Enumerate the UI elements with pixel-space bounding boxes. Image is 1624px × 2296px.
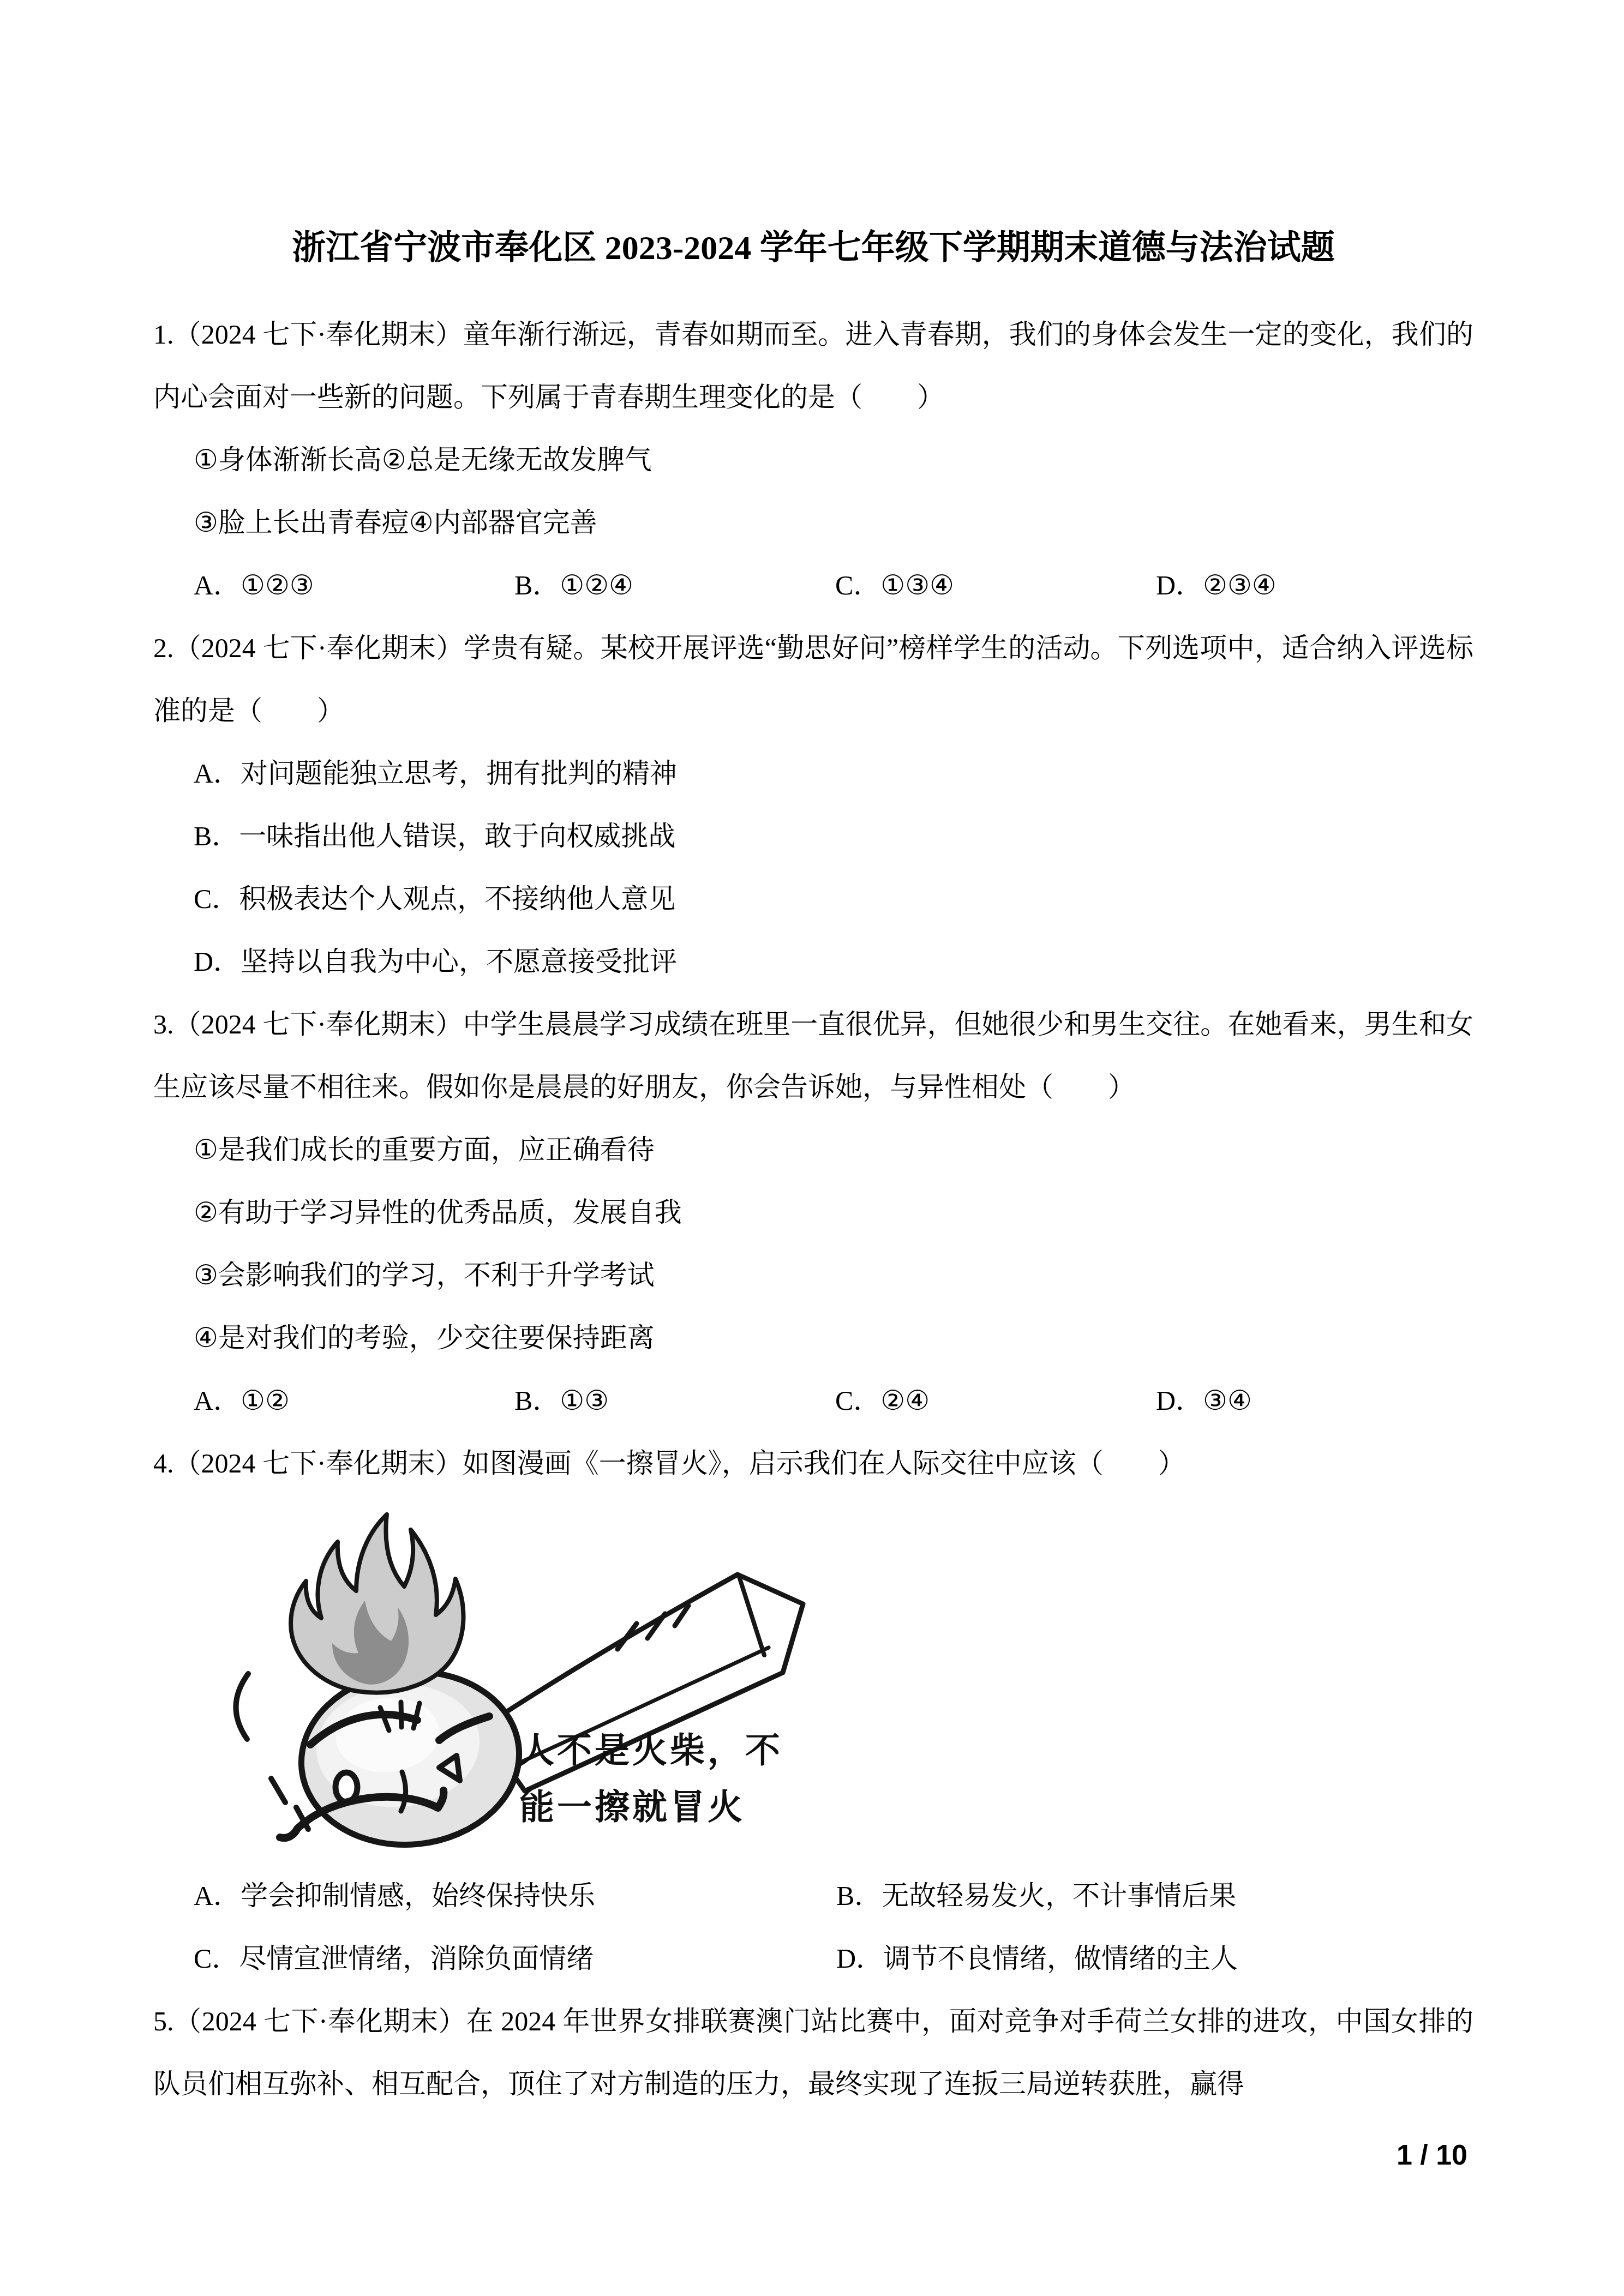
question-1-option-a: A．①②③ <box>194 554 514 617</box>
option-label: B． <box>514 570 560 600</box>
question-3-item-1: ①是我们成长的重要方面，应正确看待 <box>153 1119 1473 1181</box>
question-2-stem: 2.（2024 七下·奉化期末）学贵有疑。某校开展评选“勤思好问”榜样学生的活动… <box>153 617 1473 742</box>
option-label: C． <box>835 1385 880 1416</box>
question-1-option-b: B．①②④ <box>514 554 835 617</box>
question-1-item-1: ①身体渐渐长高②总是无缘无故发脾气 <box>153 429 1473 491</box>
question-4-option-d: D．调节不良情绪，做情绪的主人 <box>836 1927 1238 1990</box>
question-1-options-row: A．①②③ B．①②④ C．①③④ D．②③④ <box>153 554 1473 617</box>
question-3-stem: 3.（2024 七下·奉化期末）中学生晨晨学习成绩在班里一直很优异，但她很少和男… <box>153 993 1473 1119</box>
option-label: D． <box>836 1943 883 1974</box>
question-2-option-a: A．对问题能独立思考，拥有批判的精神 <box>153 742 1473 805</box>
speed-dashes <box>618 1606 688 1649</box>
option-label: A． <box>194 1385 241 1416</box>
option-text: 一味指出他人错误，敢于向权威挑战 <box>239 821 675 851</box>
option-text: ③④ <box>1203 1385 1252 1416</box>
question-5-stem: 5.（2024 七下·奉化期末）在 2024 年世界女排联赛澳门站比赛中，面对竞… <box>153 1990 1473 2115</box>
question-4: 4.（2024 七下·奉化期末）如图漫画《一擦冒火》，启示我们在人际交往中应该（… <box>153 1432 1473 1990</box>
question-3-option-b: B．①③ <box>514 1369 835 1432</box>
question-4-stem: 4.（2024 七下·奉化期末）如图漫画《一擦冒火》，启示我们在人际交往中应该（… <box>153 1432 1473 1495</box>
question-1-option-c: C．①③④ <box>835 554 1156 617</box>
question-4-options-row-1: A．学会抑制情感，始终保持快乐 B．无故轻易发火，不计事情后果 <box>153 1865 1473 1927</box>
question-4-option-b: B．无故轻易发火，不计事情后果 <box>836 1865 1236 1927</box>
option-text: 坚持以自我为中心，不愿意接受批评 <box>241 946 677 977</box>
question-3-item-3: ③会影响我们的学习，不利于升学考试 <box>153 1244 1473 1307</box>
option-text: ②③④ <box>1203 570 1276 600</box>
option-text: 无故轻易发火，不计事情后果 <box>882 1880 1236 1911</box>
option-text: 对问题能独立思考，拥有批判的精神 <box>241 758 677 789</box>
option-text: ①②④ <box>560 570 633 600</box>
question-4-option-a: A．学会抑制情感，始终保持快乐 <box>194 1865 836 1927</box>
option-text: 积极表达个人观点，不接纳他人意见 <box>239 883 675 914</box>
page-number: 1 / 10 <box>1397 2139 1467 2172</box>
comic-illustration: 人不是火柴，不 能一擦就冒火 <box>184 1510 920 1848</box>
option-label: B． <box>194 821 239 851</box>
option-text: ②④ <box>880 1385 930 1416</box>
question-3: 3.（2024 七下·奉化期末）中学生晨晨学习成绩在班里一直很优异，但她很少和男… <box>153 993 1473 1432</box>
option-label: D． <box>1156 570 1203 600</box>
option-label: D． <box>194 946 241 977</box>
question-2-option-c: C．积极表达个人观点，不接纳他人意见 <box>153 868 1473 930</box>
flame <box>291 1514 464 1693</box>
comic-figure: 人不是火柴，不 能一擦就冒火 <box>153 1495 1473 1865</box>
page-title: 浙江省宁波市奉化区 2023-2024 学年七年级下学期期末道德与法治试题 <box>153 224 1473 273</box>
question-1: 1.（2024 七下·奉化期末）童年渐行渐远，青春如期而至。进入青春期，我们的身… <box>153 303 1473 617</box>
option-label: C． <box>194 883 239 914</box>
option-label: C． <box>835 570 880 600</box>
option-label: A． <box>194 570 241 600</box>
question-3-option-a: A．①② <box>194 1369 514 1432</box>
option-label: A． <box>194 1880 241 1911</box>
question-3-option-d: D．③④ <box>1156 1369 1252 1432</box>
question-1-item-2: ③脸上长出青春痘④内部器官完善 <box>153 491 1473 554</box>
option-label: B． <box>514 1385 560 1416</box>
matchstick-end-edge <box>739 1577 764 1655</box>
option-label: A． <box>194 758 241 789</box>
question-3-option-c: C．②④ <box>835 1369 1156 1432</box>
question-3-item-2: ②有助于学习异性的优秀品质，发展自我 <box>153 1181 1473 1244</box>
option-label: B． <box>836 1880 882 1911</box>
exam-page: 浙江省宁波市奉化区 2023-2024 学年七年级下学期期末道德与法治试题 1.… <box>0 0 1624 2296</box>
question-3-item-4: ④是对我们的考验，少交往要保持距离 <box>153 1307 1473 1369</box>
option-text: ①②③ <box>241 570 314 600</box>
exam-content: 浙江省宁波市奉化区 2023-2024 学年七年级下学期期末道德与法治试题 1.… <box>153 224 1473 2115</box>
question-2: 2.（2024 七下·奉化期末）学贵有疑。某校开展评选“勤思好问”榜样学生的活动… <box>153 617 1473 993</box>
comic-caption-line-1: 人不是火柴，不 <box>519 1730 783 1770</box>
question-4-options-row-2: C．尽情宣泄情绪，消除负面情绪 D．调节不良情绪，做情绪的主人 <box>153 1927 1473 1990</box>
comic-caption-line-2: 能一擦就冒火 <box>519 1787 745 1826</box>
option-text: ①③ <box>560 1385 609 1416</box>
question-4-option-c: C．尽情宣泄情绪，消除负面情绪 <box>194 1927 836 1990</box>
question-1-stem: 1.（2024 七下·奉化期末）童年渐行渐远，青春如期而至。进入青春期，我们的身… <box>153 303 1473 429</box>
motion-lines <box>236 1674 308 1829</box>
option-text: 调节不良情绪，做情绪的主人 <box>883 1943 1238 1974</box>
option-text: ①② <box>241 1385 290 1416</box>
question-2-option-d: D．坚持以自我为中心，不愿意接受批评 <box>153 930 1473 993</box>
option-label: C． <box>194 1943 239 1974</box>
option-text: 尽情宣泄情绪，消除负面情绪 <box>239 1943 594 1974</box>
comic-caption: 人不是火柴，不 能一擦就冒火 <box>519 1730 783 1826</box>
option-text: ①③④ <box>880 570 954 600</box>
question-5: 5.（2024 七下·奉化期末）在 2024 年世界女排联赛澳门站比赛中，面对竞… <box>153 1990 1473 2115</box>
question-3-options-row: A．①② B．①③ C．②④ D．③④ <box>153 1369 1473 1432</box>
question-1-option-d: D．②③④ <box>1156 554 1277 617</box>
option-text: 学会抑制情感，始终保持快乐 <box>241 1880 595 1911</box>
option-label: D． <box>1156 1385 1203 1416</box>
question-2-option-b: B．一味指出他人错误，敢于向权威挑战 <box>153 805 1473 868</box>
